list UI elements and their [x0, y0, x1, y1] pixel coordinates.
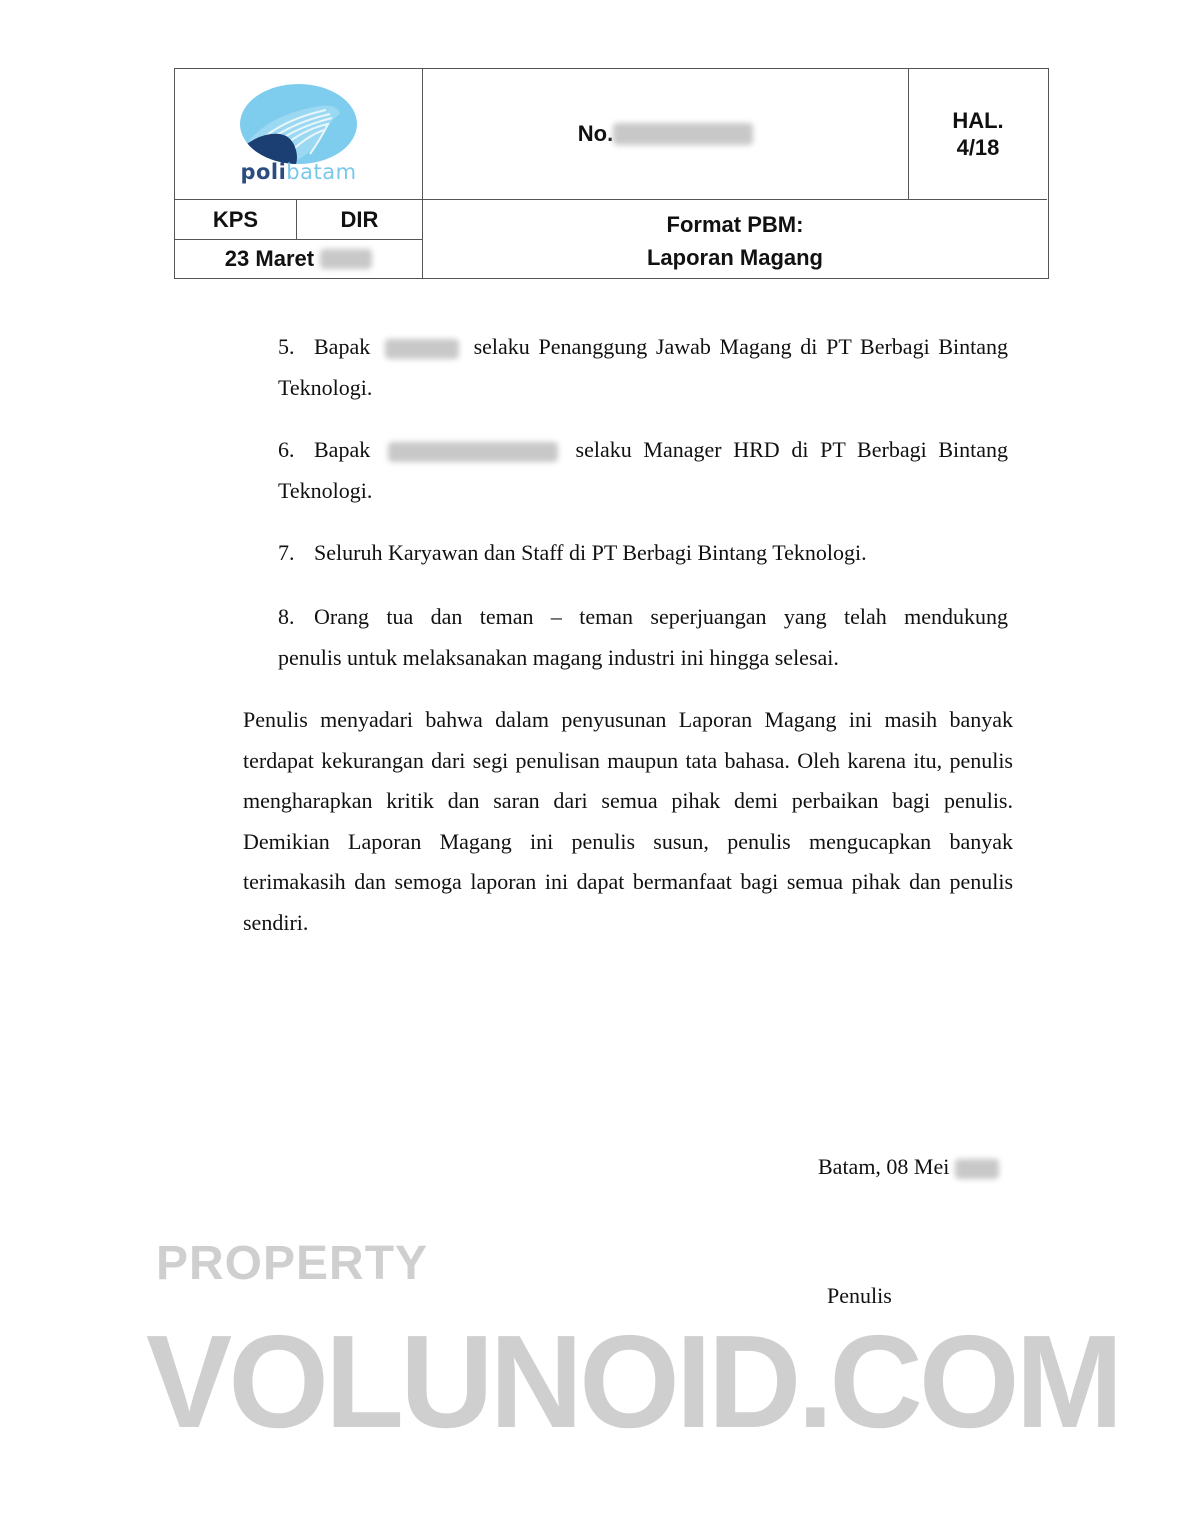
polibatam-logo: polibatam [234, 84, 364, 184]
document-number-redacted [613, 123, 753, 145]
list-item: 8.Orang tua dan teman – teman seperjuang… [278, 597, 1008, 678]
format-cell: Format PBM: Laporan Magang [423, 200, 1047, 278]
document-number-cell: No. [423, 69, 909, 200]
format-line-1: Format PBM: [667, 208, 804, 241]
issue-date: 23 Maret [225, 246, 314, 272]
signature-place-date: Batam, 08 Mei [818, 1154, 999, 1180]
redacted-name [385, 339, 459, 359]
page-label: HAL. [952, 107, 1003, 134]
document-header-table: polibatam No. HAL. 4/18 KPS DIR 23 Maret… [174, 68, 1049, 279]
format-line-2: Laporan Magang [647, 241, 823, 274]
issue-year-redacted [320, 249, 372, 269]
list-item: 5.Bapak selaku Penanggung Jawab Magang d… [278, 327, 1008, 408]
redacted-name [388, 442, 558, 462]
logo-wordmark: polibatam [234, 160, 364, 184]
list-item: 6.Bapak selaku Manager HRD di PT Berbagi… [278, 430, 1008, 511]
watermark-property: PROPERTY [156, 1236, 428, 1291]
kps-label: KPS [213, 207, 258, 233]
signature-signer: Penulis [827, 1283, 892, 1309]
kps-cell: KPS [175, 200, 297, 240]
page-value: 4/18 [957, 134, 1000, 161]
logo-emblem-icon [240, 84, 357, 164]
logo-cell: polibatam [175, 69, 423, 200]
dir-label: DIR [341, 207, 379, 233]
closing-paragraph: Penulis menyadari bahwa dalam penyusunan… [243, 700, 1013, 943]
signature-year-redacted [955, 1159, 999, 1179]
list-item: 7.Seluruh Karyawan dan Staff di PT Berba… [278, 533, 1008, 574]
dir-cell: DIR [297, 200, 423, 240]
watermark-domain: VOLUNOID.COM [146, 1316, 1119, 1448]
document-number-label: No. [578, 121, 613, 147]
page-number-cell: HAL. 4/18 [909, 69, 1047, 200]
issue-date-cell: 23 Maret [175, 240, 423, 278]
